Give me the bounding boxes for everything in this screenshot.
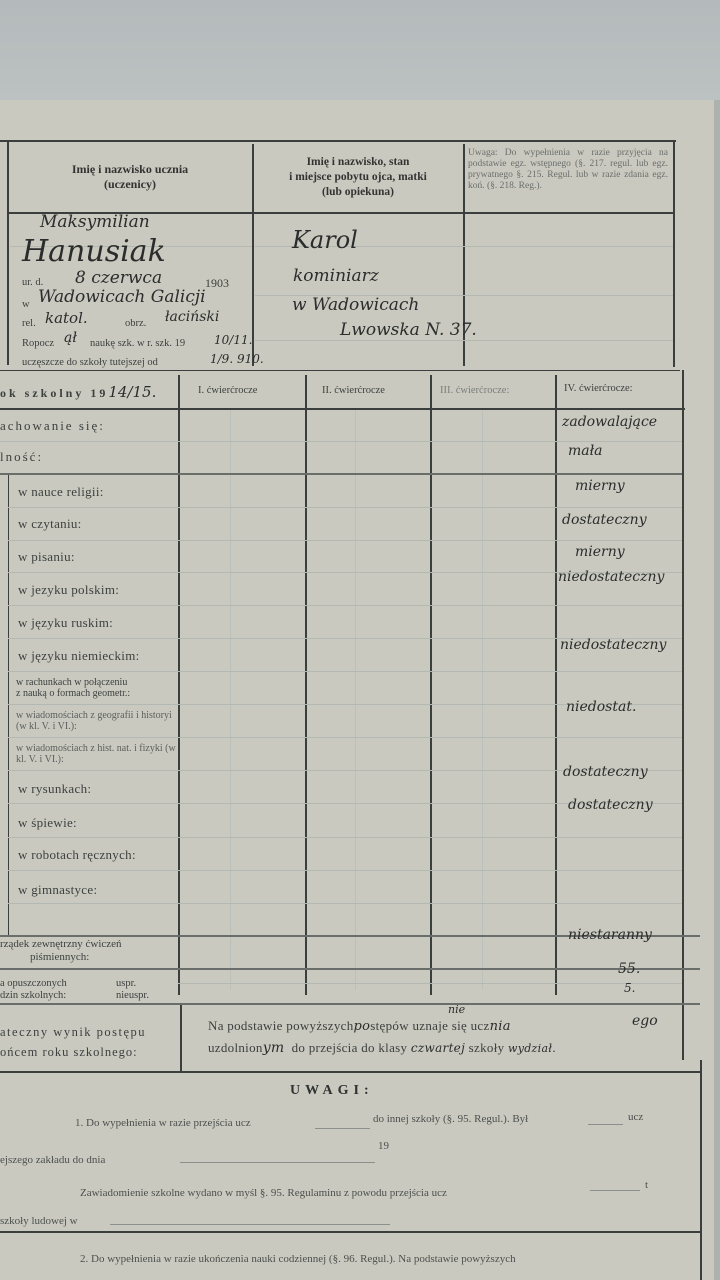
result-handwriting: nia xyxy=(490,1019,511,1034)
result-label: ateczny wynik postępu xyxy=(0,1025,146,1040)
neatness-label-2: piśmiennych: xyxy=(30,951,89,963)
started-suffix: ął xyxy=(64,330,77,346)
ruled-line xyxy=(0,441,682,442)
section-border xyxy=(0,473,682,475)
rite: łaciński xyxy=(165,309,219,325)
religion: katol. xyxy=(45,309,88,327)
result-handwriting: po xyxy=(354,1019,371,1034)
unexcused-label: nieuspr. xyxy=(116,990,149,1002)
column-border xyxy=(700,1060,702,1280)
ruled-line xyxy=(255,340,673,341)
remarks-title: UWAGI: xyxy=(290,1083,374,1099)
subject-label: w jezyku polskim: xyxy=(18,582,119,598)
subject-label: w nauce religii: xyxy=(18,484,104,500)
subject-label: w pisaniu: xyxy=(18,549,75,565)
subject-label: w języku niemieckim: xyxy=(18,648,140,664)
section-border xyxy=(0,968,700,970)
parent-residence: w Wadowicach xyxy=(292,295,419,315)
neatness-grade: niestaranny xyxy=(568,927,652,943)
table-border xyxy=(7,140,9,365)
school-year-prefix: ok szkolny 19 xyxy=(0,386,108,400)
subject-label: w gimnastyce: xyxy=(18,882,97,898)
result-line-1: Na podstawie powyższychpostępów uznaje s… xyxy=(208,1018,511,1034)
ruled-line xyxy=(8,671,682,672)
absence-label-2: dzin szkolnych: xyxy=(0,990,66,1002)
subject-grade: niedostateczny xyxy=(558,569,664,585)
result-handwriting: ego xyxy=(632,1013,658,1029)
diligence-label: lność: xyxy=(0,449,43,465)
parent-address: Lwowska N. 37. xyxy=(340,320,477,340)
started-text: naukę szk. w r. szk. 19 xyxy=(90,338,185,350)
subject-grade: niedostat. xyxy=(566,699,636,715)
subject-label: w robotach ręcznych: xyxy=(18,847,136,863)
attends-date: 1/9. 910. xyxy=(210,352,264,366)
subject-grade: dostateczny xyxy=(563,764,648,780)
birth-place: Wadowicach Galicji xyxy=(38,287,206,307)
fill-line xyxy=(180,1162,375,1163)
quarter-3-header: III. ćwierćrocze: xyxy=(440,385,509,397)
result-text: Na podstawie powyższych xyxy=(208,1018,354,1033)
remarks-line-3: Zawiadomienie szkolne wydano w myśl §. 9… xyxy=(80,1187,447,1199)
fill-line xyxy=(590,1190,640,1191)
parent-name: Karol xyxy=(292,226,358,254)
ruled-line xyxy=(8,605,682,606)
remarks-line-5: 2. Do wypełnienia w razie ukończenia nau… xyxy=(80,1253,516,1265)
subject-label: w wiadomościach z geografii i historyi (… xyxy=(16,710,176,732)
school-year-value: 14/15. xyxy=(108,383,156,401)
ruled-line xyxy=(8,870,682,871)
remarks-line-4: szkoły ludowej w xyxy=(0,1215,78,1227)
column-border xyxy=(8,475,9,937)
rite-label: obrz. xyxy=(125,318,146,330)
started-label: Ropocz xyxy=(22,338,54,350)
attends-label: uczęszcze do szkoły tutejszej od xyxy=(22,357,158,369)
column-border xyxy=(555,375,557,995)
excused-label: uspr. xyxy=(116,978,136,990)
remarks-line-3b: t xyxy=(645,1179,648,1191)
neatness-label: rządek zewnętrzny ćwiczeń xyxy=(0,938,122,950)
fill-line xyxy=(315,1128,370,1129)
subject-label: w śpiewie: xyxy=(18,815,77,831)
parent-column-header: Imię i nazwisko, stan i miejsce pobytu o… xyxy=(255,155,461,200)
result-label-2: ońcem roku szkolnego: xyxy=(0,1045,138,1060)
subject-label: w wiadomościach z hist. nat. i fizyki (w… xyxy=(16,743,176,765)
result-text: stępów uznaje się ucz xyxy=(370,1018,489,1033)
quarter-2-header: II. ćwierćrocze xyxy=(322,385,385,397)
ruled-line xyxy=(8,903,682,904)
result-handwriting: czwartej xyxy=(411,1041,465,1055)
section-border xyxy=(0,1231,700,1233)
section-border xyxy=(0,1003,700,1005)
absence-label: a opuszczonych xyxy=(0,978,67,990)
remarks-line-1b: do innej szkoły (§. 95. Regul.). Był xyxy=(373,1113,528,1125)
fill-line xyxy=(588,1124,623,1125)
ruled-line xyxy=(8,540,682,541)
note-column-header: Uwaga: Do wypełnienia w razie przyjęcia … xyxy=(468,148,668,192)
subject-label: w rachunkach w połączeniu z nauką o form… xyxy=(16,677,130,699)
quarter-4-header: IV. ćwierćrocze: xyxy=(564,383,633,395)
page-edge xyxy=(714,100,720,1280)
religion-label: rel. xyxy=(22,318,36,330)
result-line-2: uzdolnionym do przejścia do klasy czwart… xyxy=(208,1040,556,1056)
remarks-line-1c: ucz xyxy=(628,1111,643,1123)
table-border xyxy=(0,140,676,142)
subject-grade: mierny xyxy=(575,544,625,560)
remarks-line-2b: 19 xyxy=(378,1140,389,1152)
diligence-grade: mała xyxy=(568,443,603,459)
column-border xyxy=(305,375,307,995)
result-text: do przejścia do klasy xyxy=(292,1040,408,1055)
remarks-line-1: 1. Do wypełnienia w razie przejścia ucz xyxy=(75,1117,251,1129)
subject-grade: niedostateczny xyxy=(560,637,666,653)
subject-grade: mierny xyxy=(575,478,625,494)
result-text: szkoły xyxy=(469,1040,505,1055)
parent-occupation: kominiarz xyxy=(293,266,379,286)
fill-line xyxy=(110,1224,390,1225)
ruled-line xyxy=(8,737,682,738)
unexcused-hours: 5. xyxy=(624,981,635,995)
school-year-label: ok szkolny 1914/15. xyxy=(0,383,156,401)
born-year: 1903 xyxy=(205,277,229,289)
column-border xyxy=(180,1005,182,1073)
ruled-line xyxy=(8,837,682,838)
ruled-line xyxy=(8,507,682,508)
table-border xyxy=(673,142,675,367)
subject-grade: dostateczny xyxy=(562,512,647,528)
subject-label: w rysunkach: xyxy=(18,781,91,797)
ruled-line xyxy=(178,983,682,984)
started-year: 10/11. xyxy=(214,333,252,347)
section-border xyxy=(0,1071,700,1073)
subject-label: w języku ruskim: xyxy=(18,615,113,631)
place-label: w xyxy=(22,299,30,311)
table-border xyxy=(0,408,685,410)
column-border xyxy=(430,375,432,995)
subject-grade: dostateczny xyxy=(568,797,653,813)
student-column-header: Imię i nazwisko ucznia (uczenicy) xyxy=(10,162,250,192)
student-first-name: Maksymilian xyxy=(40,212,150,232)
excused-hours: 55. xyxy=(618,961,640,977)
result-handwriting-above: nie xyxy=(448,1003,465,1016)
column-border xyxy=(682,370,684,1060)
quarter-1-header: I. ćwierćrocze xyxy=(198,385,257,397)
remarks-line-2: ejszego zakładu do dnia xyxy=(0,1154,105,1166)
conduct-grade: zadowalające xyxy=(562,414,657,430)
conduct-label: achowanie się: xyxy=(0,418,105,434)
born-date: 8 czerwca xyxy=(75,268,162,288)
table-border xyxy=(0,370,680,371)
result-handwriting: ym xyxy=(263,1040,285,1056)
result-text: uzdolnion xyxy=(208,1040,263,1055)
result-handwriting: wydział. xyxy=(508,1042,556,1055)
subject-label: w czytaniu: xyxy=(18,516,82,532)
student-last-name: Hanusiak xyxy=(22,234,166,269)
column-border xyxy=(178,375,180,995)
background-surface xyxy=(0,0,720,102)
